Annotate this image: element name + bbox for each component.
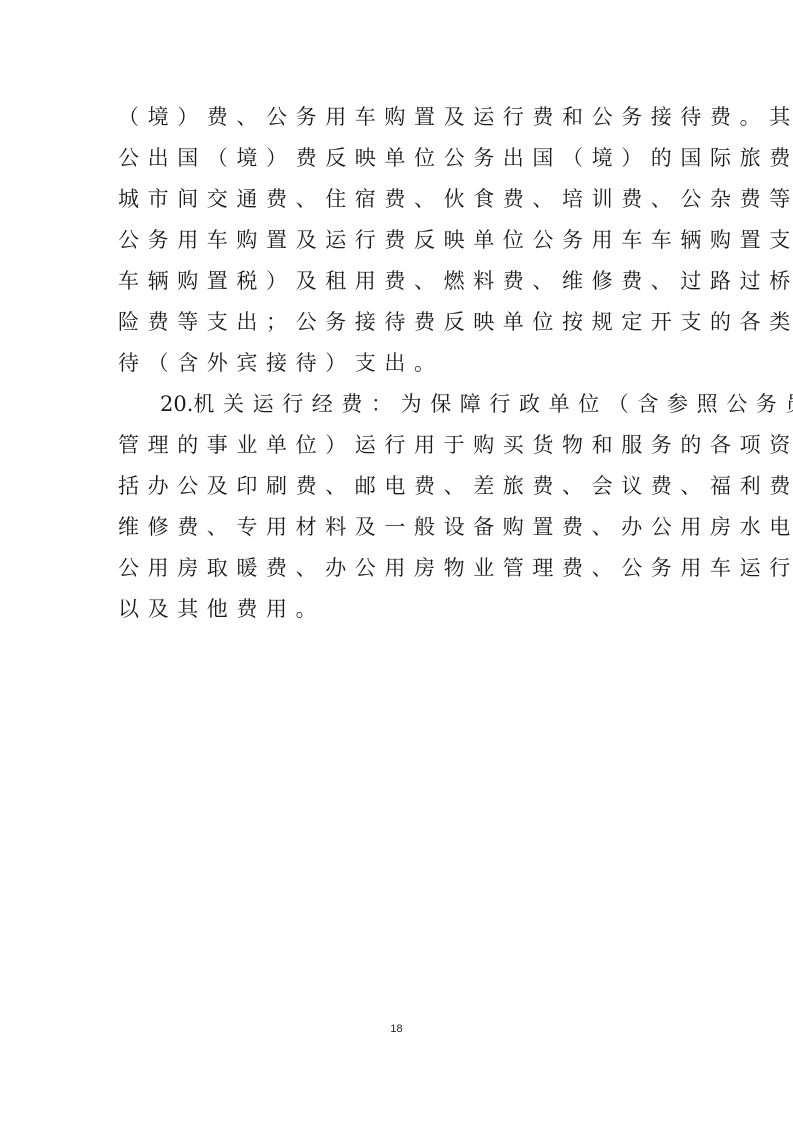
text-line: 险费等支出；公务接待费反映单位按规定开支的各类公务接 xyxy=(118,302,674,343)
text-line: 公用房取暖费、办公用房物业管理费、公务用车运行维护费 xyxy=(118,548,674,589)
text-line: 公务用车购置及运行费反映单位公务用车车辆购置支出（含 xyxy=(118,220,674,261)
text-line: （境）费、公务用车购置及运行费和公务接待费。其中，因 xyxy=(118,97,674,138)
document-body: （境）费、公务用车购置及运行费和公务接待费。其中，因 公出国（境）费反映单位公务… xyxy=(118,97,674,630)
text-line: 公出国（境）费反映单位公务出国（境）的国际旅费、国外 xyxy=(118,138,674,179)
text-line: 管理的事业单位）运行用于购买货物和服务的各项资金，包 xyxy=(118,425,674,466)
paragraph-20: 20.机关运行经费：为保障行政单位（含参照公务员法 管理的事业单位）运行用于购买… xyxy=(118,384,674,630)
page-number: 18 xyxy=(0,1023,793,1035)
item-heading-text: 机关运行经费：为保障行政单位（含参照公务员法 xyxy=(193,392,793,416)
text-line: 城市间交通费、住宿费、伙食费、培训费、公杂费等支出； xyxy=(118,179,674,220)
text-line: 以及其他费用。 xyxy=(118,589,674,630)
text-line: 待（含外宾接待）支出。 xyxy=(118,343,674,384)
text-line: 括办公及印刷费、邮电费、差旅费、会议费、福利费、日常 xyxy=(118,466,674,507)
document-page: （境）费、公务用车购置及运行费和公务接待费。其中，因 公出国（境）费反映单位公务… xyxy=(0,0,793,1122)
text-line: 维修费、专用材料及一般设备购置费、办公用房水电费、办 xyxy=(118,507,674,548)
text-line-first: 20.机关运行经费：为保障行政单位（含参照公务员法 xyxy=(118,384,674,425)
text-line: 车辆购置税）及租用费、燃料费、维修费、过路过桥费、保 xyxy=(118,261,674,302)
item-number: 20. xyxy=(160,392,193,416)
paragraph-19-continued: （境）费、公务用车购置及运行费和公务接待费。其中，因 公出国（境）费反映单位公务… xyxy=(118,97,674,384)
